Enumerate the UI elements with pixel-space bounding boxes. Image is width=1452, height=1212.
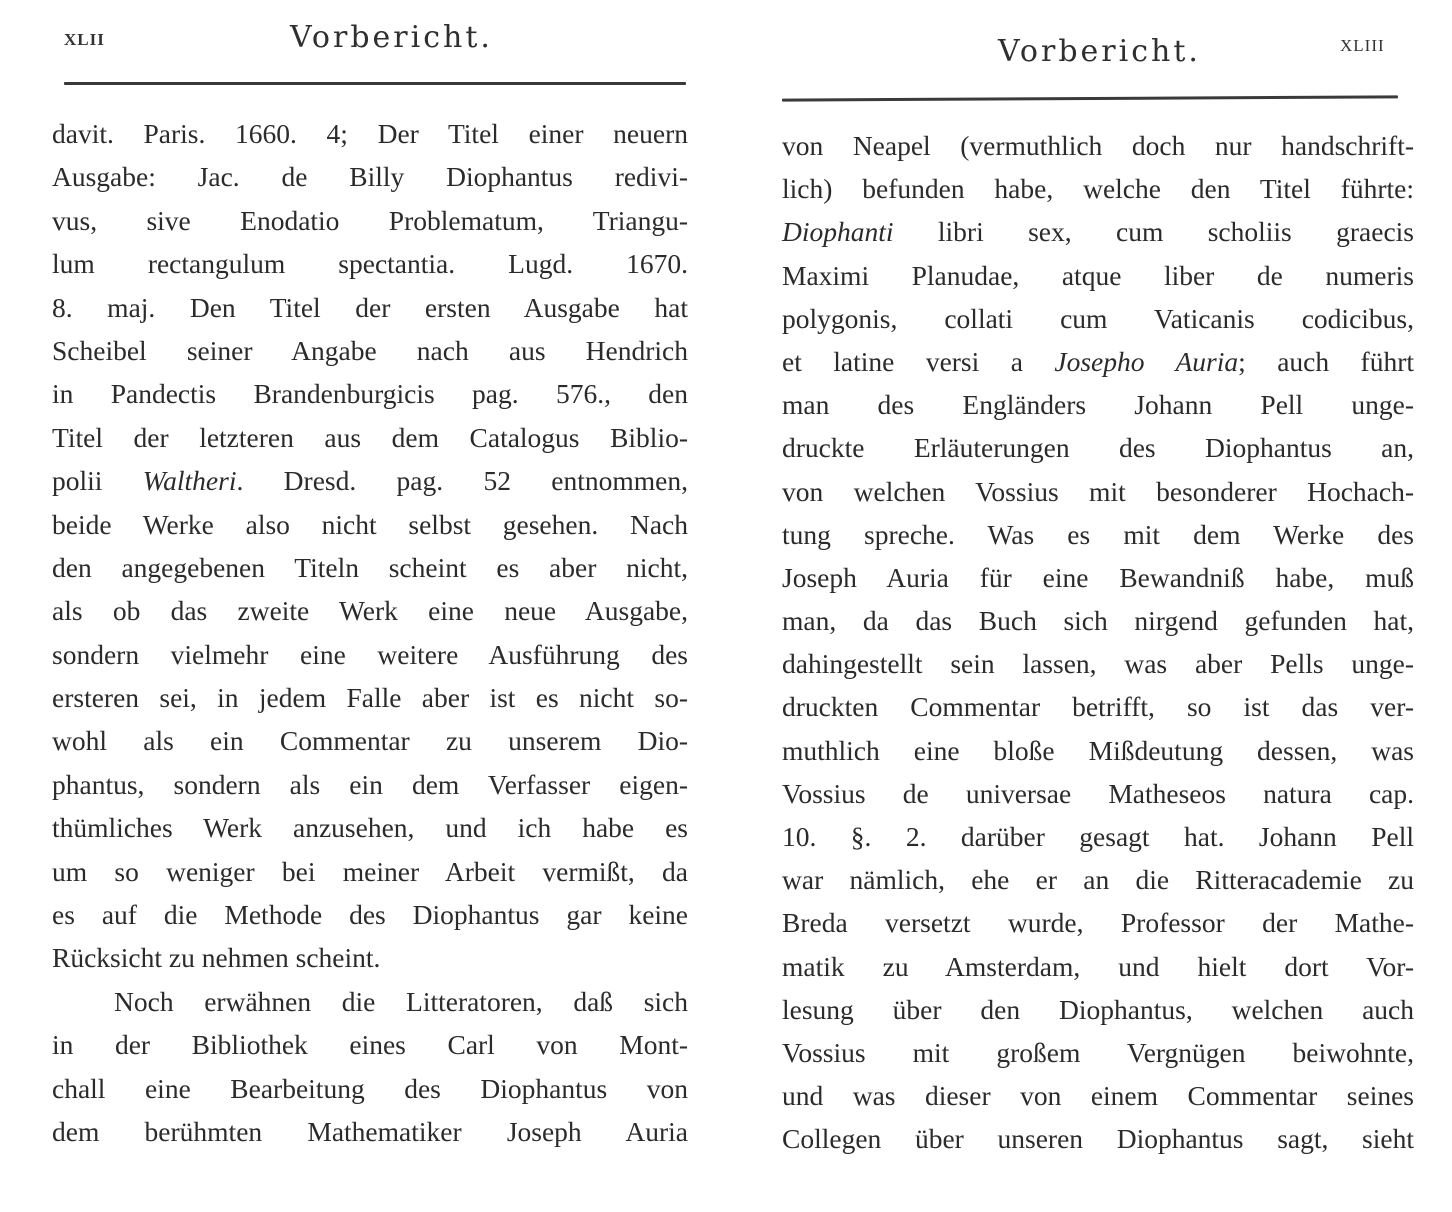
text-line: den angegebenen Titeln scheint es aber n… [52, 546, 688, 589]
text-run: libri sex, cum scholiis graecis [894, 216, 1414, 247]
text-line: tung spreche. Was es mit dem Werke des [782, 513, 1414, 556]
body-text: von Neapel (vermuthlich doch nur handsch… [782, 124, 1414, 1161]
text-line: als ob das zweite Werk eine neue Ausgabe… [52, 589, 688, 632]
text-run: . Dresd. pag. 52 entnommen, [236, 465, 688, 496]
text-line: war nämlich, ehe er an die Ritteracademi… [782, 858, 1414, 901]
text-line: matik zu Amsterdam, und hielt dort Vor- [782, 945, 1414, 988]
text-line: Maximi Planudae, atque liber de numeris [782, 254, 1414, 297]
text-line: lum rectangulum spectantia. Lugd. 1670. [52, 242, 688, 285]
text-line: dem berühmten Mathematiker Joseph Auria [52, 1110, 688, 1153]
body-text: davit. Paris. 1660. 4; Der Titel einer n… [52, 112, 688, 1153]
running-head: Vorbericht. [290, 20, 493, 55]
text-line: und was dieser von einem Commentar seine… [782, 1074, 1414, 1117]
text-line: et latine versi a Josepho Auria; auch fü… [782, 340, 1414, 383]
text-line: lesung über den Diophantus, welchen auch [782, 988, 1414, 1031]
text-line: man, da das Buch sich nirgend gefunden h… [782, 599, 1414, 642]
text-line: chall eine Bearbeitung des Diophantus vo… [52, 1067, 688, 1110]
text-line: Titel der letzteren aus dem Catalogus Bi… [52, 416, 688, 459]
text-line: dahingestellt sein lassen, was aber Pell… [782, 642, 1414, 685]
text-line: in Pandectis Brandenburgicis pag. 576., … [52, 372, 688, 415]
text-line: muthlich eine bloße Mißdeutung dessen, w… [782, 729, 1414, 772]
header-rule [64, 82, 686, 85]
text-line: von Neapel (vermuthlich doch nur handsch… [782, 124, 1414, 167]
text-line: polygonis, collati cum Vaticanis codicib… [782, 297, 1414, 340]
page-number: XLIII [1340, 36, 1385, 56]
text-line: lich) befunden habe, welche den Titel fü… [782, 167, 1414, 210]
text-line: Collegen über unseren Diophantus sagt, s… [782, 1117, 1414, 1160]
text-line: ersteren sei, in jedem Falle aber ist es… [52, 676, 688, 719]
text-run: ; auch führt [1238, 346, 1414, 377]
left-page: XLII Vorbericht. davit. Paris. 1660. 4; … [0, 0, 726, 1212]
text-line: wohl als ein Commentar zu unserem Dio- [52, 719, 688, 762]
right-page: Vorbericht. XLIII von Neapel (vermuthlic… [726, 0, 1452, 1212]
paragraph-end-line: Rücksicht zu nehmen scheint. [52, 936, 688, 979]
text-line: Joseph Auria für eine Bewandniß habe, mu… [782, 556, 1414, 599]
text-line: druckte Erläuterungen des Diophantus an, [782, 426, 1414, 469]
text-line: Diophanti libri sex, cum scholiis graeci… [782, 210, 1414, 253]
text-line: druckten Commentar betrifft, so ist das … [782, 685, 1414, 728]
text-line: Scheibel seiner Angabe nach aus Hendrich [52, 329, 688, 372]
paragraph-start-line: Noch erwähnen die Litteratoren, daß sich [52, 980, 688, 1023]
italic-name: Waltheri [143, 465, 237, 496]
text-line: davit. Paris. 1660. 4; Der Titel einer n… [52, 112, 688, 155]
italic-title: Diophanti [782, 216, 894, 247]
text-line: von welchen Vossius mit besonderer Hocha… [782, 470, 1414, 513]
text-line: es auf die Methode des Diophantus gar ke… [52, 893, 688, 936]
text-line: in der Bibliothek eines Carl von Mont- [52, 1023, 688, 1066]
text-line: um so weniger bei meiner Arbeit vermißt,… [52, 850, 688, 893]
text-line: beide Werke also nicht selbst gesehen. N… [52, 503, 688, 546]
text-line: vus, sive Enodatio Problematum, Triangu- [52, 199, 688, 242]
text-line: Vossius mit großem Vergnügen beiwohnte, [782, 1031, 1414, 1074]
text-line: 8. maj. Den Titel der ersten Ausgabe hat [52, 286, 688, 329]
header-rule [782, 95, 1398, 101]
text-line: man des Engländers Johann Pell unge- [782, 383, 1414, 426]
text-line: thümliches Werk anzusehen, und ich habe … [52, 806, 688, 849]
text-line: sondern vielmehr eine weitere Ausführung… [52, 633, 688, 676]
text-line: Ausgabe: Jac. de Billy Diophantus redivi… [52, 155, 688, 198]
running-head: Vorbericht. [998, 34, 1201, 69]
text-run: et latine versi a [782, 346, 1054, 377]
text-line: Vossius de universae Matheseos natura ca… [782, 772, 1414, 815]
text-line: Breda versetzt wurde, Professor der Math… [782, 901, 1414, 944]
italic-name: Josepho Auria [1054, 346, 1238, 377]
text-run: polii [52, 465, 143, 496]
text-line: polii Waltheri. Dresd. pag. 52 entnommen… [52, 459, 688, 502]
text-line: phantus, sondern als ein dem Verfasser e… [52, 763, 688, 806]
page-number: XLII [64, 30, 105, 50]
text-line: 10. §. 2. darüber gesagt hat. Johann Pel… [782, 815, 1414, 858]
